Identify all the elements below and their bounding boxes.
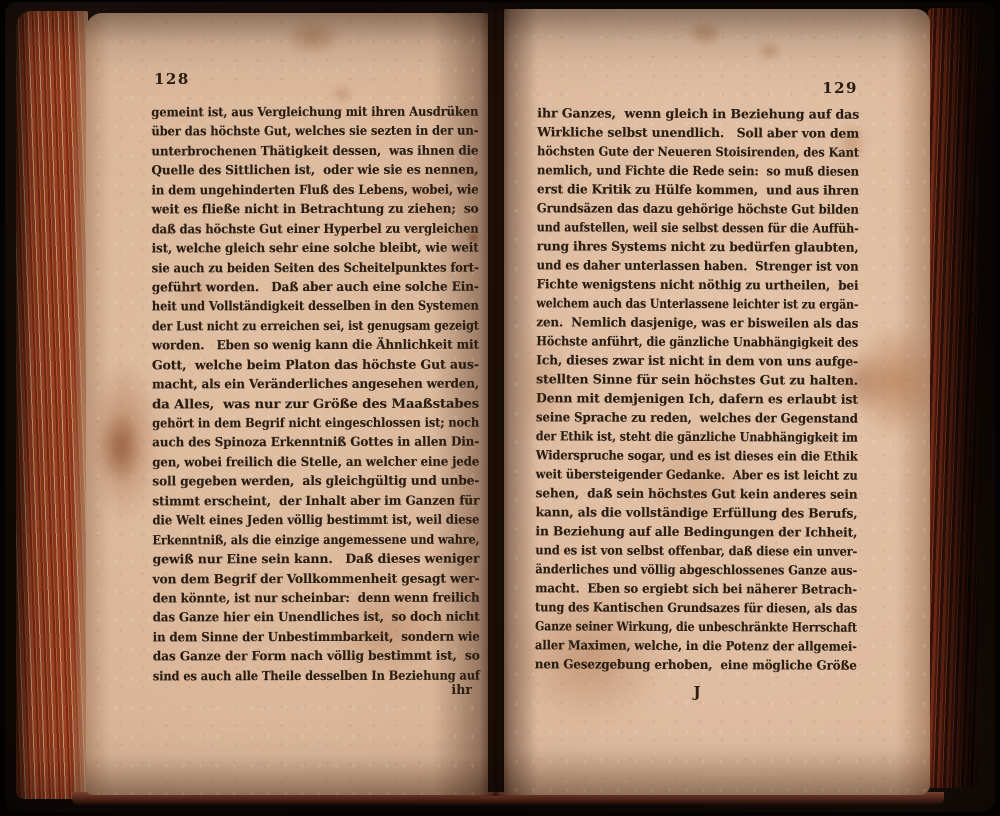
text-line: heit und Vollständigkeit desselben in de… — [152, 296, 479, 316]
foxing-stain — [98, 411, 142, 485]
text-line: die Welt eines Jeden völlig bestimmt ist… — [152, 510, 479, 530]
book-photo: 128 gemeint ist, aus Vergleichung mit ih… — [0, 0, 1000, 816]
text-line: soll gegeben werden, als gleichgültig un… — [152, 471, 479, 491]
text-line: Ganze seiner Wirkung, die unbeschränkte … — [535, 616, 857, 636]
text-line: gehört in dem Begrif nicht eingeschlosse… — [152, 413, 479, 433]
text-line: der Lust nicht zu erreichen sei, ist gen… — [152, 315, 479, 335]
fore-edge-right — [928, 8, 978, 788]
text-line: sie auch zu beiden Seiten des Scheitelpu… — [152, 257, 479, 277]
text-line: tung des Kantischen Grundsazes für diese… — [535, 597, 857, 617]
text-line: aller Maximen, welche, in die Potenz der… — [535, 635, 857, 655]
text-line: in dem Sinne der Unbestimmbarkeit, sonde… — [153, 626, 480, 646]
text-line: erst die Kritik zu Hülfe kommen, und aus… — [537, 179, 859, 199]
text-line: stimmt erscheint, der Inhalt aber im Gan… — [152, 490, 479, 510]
text-line: Erkenntniß, als die einzige angemessene … — [152, 529, 479, 549]
foxing-stain — [755, 40, 783, 62]
text-line: ist, welche gleich sehr eine solche blei… — [152, 238, 479, 258]
page-129: 129 ihr Ganzes, wenn gleich in Beziehung… — [504, 9, 930, 795]
text-line: weit übersteigender Gedanke. Aber es ist… — [536, 464, 858, 484]
text-line: kann, als die vollständige Erfüllung des… — [535, 502, 857, 522]
catchword: ihr — [152, 682, 472, 697]
text-line: nemlich, und Fichte die Rede sein: so mu… — [537, 160, 859, 180]
text-line: höchsten Gute der Neueren Stoisirenden, … — [537, 141, 859, 161]
text-line: welchem auch das Unterlassene leichter i… — [536, 293, 858, 313]
text-line: ihr Ganzes, wenn gleich in Beziehung auf… — [537, 103, 859, 123]
text-line: und aufstellen, weil sie selbst dessen f… — [537, 217, 859, 237]
text-line: geführt worden. Daß aber auch eine solch… — [152, 277, 479, 297]
book-gutter — [480, 10, 510, 796]
text-line: sehen, daß sein höchstes Gut kein andere… — [536, 483, 858, 503]
text-line: weit es fließe nicht in Betrachtung zu z… — [151, 199, 478, 219]
text-line: Widerspruche sogar, und es ist dieses ei… — [536, 445, 858, 465]
text-line: rung ihres Systems nicht zu bedürfen gla… — [537, 236, 859, 256]
text-line: unterbrochenen Thätigkeit dessen, was ih… — [151, 140, 478, 160]
text-line: daß das höchste Gut einer Hyperbel zu ve… — [152, 218, 479, 238]
text-line: den könnte, ist nur scheinbar: denn wenn… — [153, 588, 480, 608]
text-line: in dem ungehinderten Fluß des Lebens, wo… — [151, 179, 478, 199]
foxing-stain — [88, 358, 160, 523]
page-number-128: 128 — [154, 70, 190, 88]
fore-edge-left — [16, 11, 88, 799]
text-line: änderliches und völlig abgeschlossenes G… — [535, 559, 857, 579]
page-128-text: gemeint ist, aus Vergleichung mit ihren … — [151, 102, 480, 686]
foxing-stain — [686, 19, 724, 47]
text-line: Denn mit demjenigen Ich, dafern es erlau… — [536, 388, 858, 408]
text-line: Grundsäzen das dazu gehörige höchste Gut… — [537, 198, 859, 218]
text-line: und es ist von selbst offenbar, daß dies… — [535, 540, 857, 560]
text-line: macht. Eben so ergiebt sich bei näherer … — [535, 578, 857, 598]
text-line: Wirkliche selbst unendlich. Soll aber vo… — [537, 122, 859, 142]
text-line: Höchste anführt, die gänzliche Unabhängi… — [536, 331, 858, 351]
page-number-129: 129 — [536, 79, 858, 97]
text-line: das Ganze hier ein Unendliches ist, so d… — [153, 607, 480, 627]
text-line: und es daher unterlassen haben. Strenger… — [536, 255, 858, 275]
text-line: nen Gesezgebung erhoben, eine mögliche G… — [535, 654, 857, 674]
text-line: von dem Begrif der Vollkommenheit gesagt… — [152, 568, 479, 588]
text-line: seine Sprache zu reden, welches der Gege… — [536, 407, 858, 427]
text-line: Quelle des Sittlichen ist, oder wie sie … — [151, 160, 478, 180]
text-line: Gott, welche beim Platon das höchste Gut… — [152, 354, 479, 374]
text-line: macht, als ein Veränderliches angesehen … — [152, 374, 479, 394]
text-line: stellten Sinne für sein höchstes Gut zu … — [536, 369, 858, 389]
text-line: gemeint ist, aus Vergleichung mit ihren … — [151, 102, 478, 122]
text-line: der Ethik ist, steht die gänzliche Unabh… — [536, 426, 858, 446]
page-128: 128 gemeint ist, aus Vergleichung mit ih… — [86, 13, 488, 795]
text-line: das Ganze der Form nach völlig bestimmt … — [153, 646, 480, 666]
page-129-text: ihr Ganzes, wenn gleich in Beziehung auf… — [535, 103, 859, 674]
text-line: worden. Eben so wenig kann die Ähnlichke… — [152, 335, 479, 355]
text-line: gen, wobei freilich die Stelle, an welch… — [152, 451, 479, 471]
foxing-stain — [284, 18, 342, 56]
text-line: zen. Nemlich dasjenige, was er bisweilen… — [536, 312, 858, 332]
signature-mark: J — [536, 683, 858, 701]
text-line: in Beziehung auf alle Bedingungen der Ic… — [535, 521, 857, 541]
text-line: da Alles, was nur zur Größe des Maaßstab… — [152, 393, 479, 413]
foxing-stain — [848, 321, 930, 441]
text-line: auch des Spinoza Erkenntniß Gottes in al… — [152, 432, 479, 452]
text-line: Ich, dieses zwar ist nicht in dem von un… — [536, 350, 858, 370]
text-line: Fichte wenigstens nicht nöthig zu urthei… — [536, 274, 858, 294]
text-line: gewiß nur Eine sein kann. Daß dieses wen… — [152, 549, 479, 569]
text-line: über das höchste Gut, welches sie sezten… — [151, 121, 478, 141]
